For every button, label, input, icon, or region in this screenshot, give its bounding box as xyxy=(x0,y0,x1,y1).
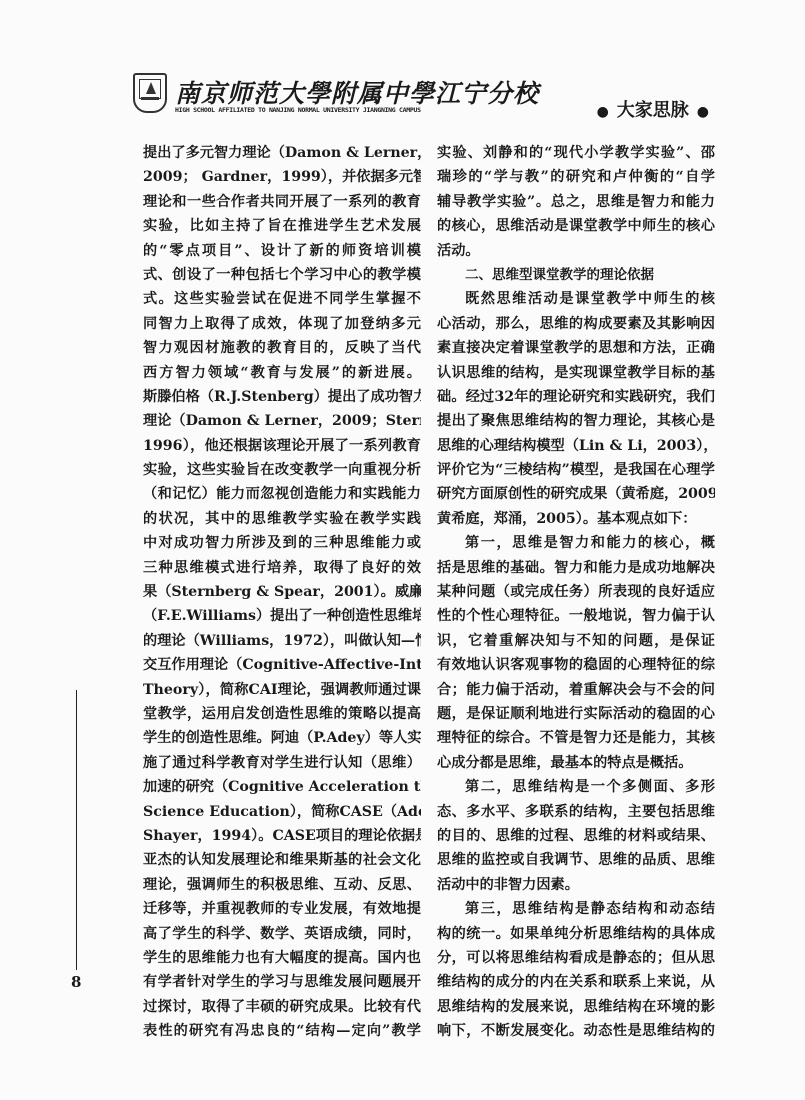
column-tag-label: 大家思脉 xyxy=(617,100,689,121)
page-header: 南京师范大學附属中學江宁分校 HIGH SCHOOL AFFILIATED TO… xyxy=(133,72,723,122)
text-line: 某种问题（或完成任务）所表现的良好适应 xyxy=(437,580,715,604)
text-line: 第二，思维结构是一个多侧面、多形 xyxy=(437,775,715,799)
column-tag: ●大家思脉● xyxy=(589,96,717,122)
text-line: 亚杰的认知发展理论和维果斯基的社会文化 xyxy=(143,848,421,872)
text-line: 加速的研究（Cognitive Acceleration through xyxy=(143,775,421,799)
text-line: Science Education），简称CASE（Adey & xyxy=(143,800,421,824)
text-line: 式、创设了一种包括七个学习中心的教学模 xyxy=(143,263,421,287)
text-line: 第三，思维结构是静态结构和动态结 xyxy=(437,897,715,921)
text-line: 既然思维活动是课堂教学中师生的核 xyxy=(437,287,715,311)
text-line: 西方智力领域“教育与发展”的新进展。 xyxy=(143,361,421,385)
text-line: 同智力上取得了成效，体现了加登纳多元 xyxy=(143,312,421,336)
text-line: Shayer，1994）。CASE项目的理论依据是皮 xyxy=(143,824,421,848)
text-line: 交互作用理论（Cognitive-Affective-Interaction xyxy=(143,653,421,677)
text-line: 响下，不断发展变化。动态性是思维结构的 xyxy=(437,1019,715,1043)
school-name-cn: 南京师范大學附属中學江宁分校 xyxy=(175,74,539,110)
text-line: Theory），简称CAI理论，强调教师通过课 xyxy=(143,678,421,702)
text-line: 瑞珍的“学与教”的研究和卢仲衡的“自学 xyxy=(437,165,715,189)
section-heading: 二、思维型课堂教学的理论依据 xyxy=(437,263,715,287)
text-line: 高了学生的科学、数学、英语成绩，同时， xyxy=(143,922,421,946)
bullet-icon: ● xyxy=(597,104,609,120)
text-line: 实验，这些实验旨在改变教学一向重视分析 xyxy=(143,458,421,482)
text-line: 2009； Gardner，1999），并依据多元智力 xyxy=(143,165,421,189)
text-line: 式。这些实验尝试在促进不同学生掌握不 xyxy=(143,287,421,311)
text-line: 智力观因材施教的教育目的，反映了当代 xyxy=(143,336,421,360)
right-text-column: 实验、刘静和的“现代小学教学实验”、邵瑞珍的“学与教”的研究和卢仲衡的“自学辅导… xyxy=(437,141,715,1043)
text-line: 堂教学，运用启发创造性思维的策略以提高 xyxy=(143,702,421,726)
text-line: 1996），他还根据该理论开展了一系列教育 xyxy=(143,434,421,458)
text-line: 研究方面原创性的研究成果（黄希庭，2009； xyxy=(437,482,715,506)
text-line: 活动。 xyxy=(437,239,715,263)
text-line: 中对成功智力所涉及到的三种思维能力或 xyxy=(143,531,421,555)
text-line: 理论，强调师生的积极思维、互动、反思、 xyxy=(143,873,421,897)
text-line: 分，可以将思维结构看成是静态的；但从思 xyxy=(437,946,715,970)
text-line: 的理论（Williams，1972），叫做认知—情感 xyxy=(143,629,421,653)
text-line: 实验，比如主持了旨在推进学生艺术发展 xyxy=(143,214,421,238)
text-line: 括是思维的基础。智力和能力是成功地解决 xyxy=(437,556,715,580)
text-line: 础。经过32年的理论研究和实践研究，我们 xyxy=(437,385,715,409)
text-line: 素直接决定着课堂教学的思想和方法，正确 xyxy=(437,336,715,360)
text-line: 果（Sternberg & Spear，2001）。威廉姆斯 xyxy=(143,580,421,604)
text-line: 辅导教学实验”。总之，思维是智力和能力 xyxy=(437,190,715,214)
text-line: 心成分都是思维，最基本的特点是概括。 xyxy=(437,751,715,775)
text-line: 迁移等，并重视教师的专业发展，有效地提 xyxy=(143,897,421,921)
margin-rule xyxy=(76,690,77,970)
text-line: （和记忆）能力而忽视创造能力和实践能力 xyxy=(143,482,421,506)
text-line: 学生的思维能力也有大幅度的提高。国内也 xyxy=(143,946,421,970)
text-line: 三种思维模式进行培养，取得了良好的效 xyxy=(143,556,421,580)
text-line: 维结构的成分的内在关系和联系上来说，从 xyxy=(437,970,715,994)
text-line: 合；能力偏于活动，着重解决会与不会的问 xyxy=(437,678,715,702)
page-number: 8 xyxy=(71,973,81,991)
text-line: 有效地认识客观事物的稳固的心理特征的综 xyxy=(437,653,715,677)
text-line: 过探讨，取得了丰硕的研究成果。比较有代 xyxy=(143,995,421,1019)
text-line: 构的统一。如果单纯分析思维结构的具体成 xyxy=(437,922,715,946)
text-line: 第一，思维是智力和能力的核心，概 xyxy=(437,531,715,555)
text-line: 提出了多元智力理论（Damon & Lerner， xyxy=(143,141,421,165)
text-line: 思维的心理结构模型（Lin & Li，2003），有人 xyxy=(437,434,715,458)
text-line: 施了通过科学教育对学生进行认知（思维） xyxy=(143,751,421,775)
text-line: 斯滕伯格（R.J.Stenberg）提出了成功智力的 xyxy=(143,385,421,409)
text-line: 题，是保证顺利地进行实际活动的稳固的心 xyxy=(437,702,715,726)
text-line: 的核心，思维活动是课堂教学中师生的核心 xyxy=(437,214,715,238)
text-line: 实验、刘静和的“现代小学教学实验”、邵 xyxy=(437,141,715,165)
text-line: 的状况，其中的思维教学实验在教学实践 xyxy=(143,507,421,531)
text-line: （F.E.Williams）提出了一种创造性思维培育 xyxy=(143,604,421,628)
text-line: 学生的创造性思维。阿迪（P.Adey）等人实 xyxy=(143,726,421,750)
text-line: 的“零点项目”、设计了新的师资培训模 xyxy=(143,239,421,263)
school-name-en: HIGH SCHOOL AFFILIATED TO NANJING NORMAL… xyxy=(175,106,421,114)
text-line: 有学者针对学生的学习与思维发展问题展开 xyxy=(143,970,421,994)
text-line: 活动中的非智力因素。 xyxy=(437,873,715,897)
text-line: 提出了聚焦思维结构的智力理论，其核心是 xyxy=(437,409,715,433)
text-line: 思维的监控或自我调节、思维的品质、思维 xyxy=(437,848,715,872)
text-line: 评价它为“三棱结构”模型，是我国在心理学 xyxy=(437,458,715,482)
text-line: 理论（Damon & Lerner，2009；Sternberg， xyxy=(143,409,421,433)
school-crest-icon xyxy=(133,73,167,113)
text-line: 认识思维的结构，是实现课堂教学目标的基 xyxy=(437,361,715,385)
text-line: 理论和一些合作者共同开展了一系列的教育 xyxy=(143,190,421,214)
bullet-icon: ● xyxy=(697,104,709,120)
text-line: 的目的、思维的过程、思维的材料或结果、 xyxy=(437,824,715,848)
text-line: 理特征的综合。不管是智力还是能力，其核 xyxy=(437,726,715,750)
text-line: 思维结构的发展来说，思维结构在环境的影 xyxy=(437,995,715,1019)
text-line: 黄希庭，郑涌，2005）。基本观点如下： xyxy=(437,507,715,531)
text-line: 表性的研究有冯忠良的“结构—定向”教学 xyxy=(143,1019,421,1043)
text-line: 心活动，那么，思维的构成要素及其影响因 xyxy=(437,312,715,336)
text-line: 识，它着重解决知与不知的问题，是保证 xyxy=(437,629,715,653)
text-line: 态、多水平、多联系的结构，主要包括思维 xyxy=(437,800,715,824)
left-text-column: 提出了多元智力理论（Damon & Lerner，2009； Gardner，1… xyxy=(143,141,421,1043)
text-line: 性的个性心理特征。一般地说，智力偏于认 xyxy=(437,604,715,628)
